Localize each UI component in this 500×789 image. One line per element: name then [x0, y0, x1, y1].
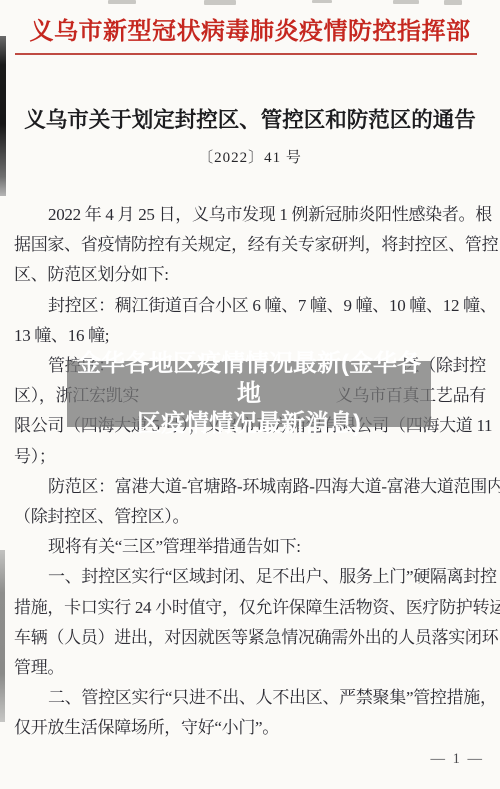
- scan-artifact-left-bar-bottom: [0, 550, 5, 722]
- scan-artifact-top-mark: [393, 0, 419, 4]
- header-divider-rule: [15, 53, 477, 55]
- document-text-line: （除封控区、管控区）。: [14, 502, 486, 532]
- watermark-line-1: 金华各地区疫情情况最新(金华各地: [67, 349, 431, 409]
- scan-artifact-top-mark: [444, 0, 462, 5]
- watermark-line-2: 区疫情情况最新消息): [137, 409, 361, 439]
- document-text-line: 封控区：稠江街道百合小区 6 幢、7 幢、9 幢、10 幢、12 幢、: [14, 291, 486, 321]
- document-text-line: 二、管控区实行“只进不出、人不出区、严禁聚集”管控措施，: [14, 683, 486, 713]
- scan-artifact-top-mark: [108, 0, 136, 4]
- document-text-line: 区、防范区划分如下:: [14, 260, 486, 290]
- document-text-line: 防范区：富港大道-官塘路-环城南路-四海大道-富港大道范围内: [14, 472, 486, 502]
- header-org-title: 义乌市新型冠状病毒肺炎疫情防控指挥部: [0, 11, 500, 46]
- document-text-line: 现将有关“三区”管理举措通告如下:: [14, 532, 486, 562]
- scanned-document-page: 义乌市新型冠状病毒肺炎疫情防控指挥部 义乌市关于划定封控区、管控区和防范区的通告…: [0, 0, 500, 789]
- document-number: 〔2022〕41 号: [0, 146, 500, 167]
- document-text-line: 2022 年 4 月 25 日，义乌市发现 1 例新冠肺炎阳性感染者。根: [14, 200, 486, 230]
- document-text-line: 13 幢、16 幢;: [14, 321, 486, 351]
- document-text-line: 号）；: [14, 442, 486, 472]
- document-text-line: 措施，卡口实行 24 小时值守，仅允许保障生活物资、医疗防护转运: [14, 593, 486, 623]
- scan-artifact-top-mark: [204, 0, 236, 5]
- document-body: 2022 年 4 月 25 日，义乌市发现 1 例新冠肺炎阳性感染者。根据国家、…: [14, 200, 486, 744]
- document-text-line: 管理。: [14, 653, 486, 683]
- document-text-line: 据国家、省疫情防控有关规定，经有关专家研判，将封控区、管控: [14, 230, 486, 260]
- scan-artifact-top-mark: [312, 0, 332, 3]
- document-text-line: 车辆（人员）进出，对因就医等紧急情况确需外出的人员落实闭环: [14, 623, 486, 653]
- watermark-overlay: 金华各地区疫情情况最新(金华各地 区疫情情况最新消息): [67, 361, 431, 427]
- document-text-line: 一、封控区实行“区域封闭、足不出户、服务上门”硬隔离封控: [14, 562, 486, 592]
- page-number: — 1 —: [431, 751, 485, 768]
- document-title: 义乌市关于划定封控区、管控区和防范区的通告: [0, 103, 500, 134]
- document-text-line: 仅开放生活保障场所，守好“小门”。: [14, 713, 486, 743]
